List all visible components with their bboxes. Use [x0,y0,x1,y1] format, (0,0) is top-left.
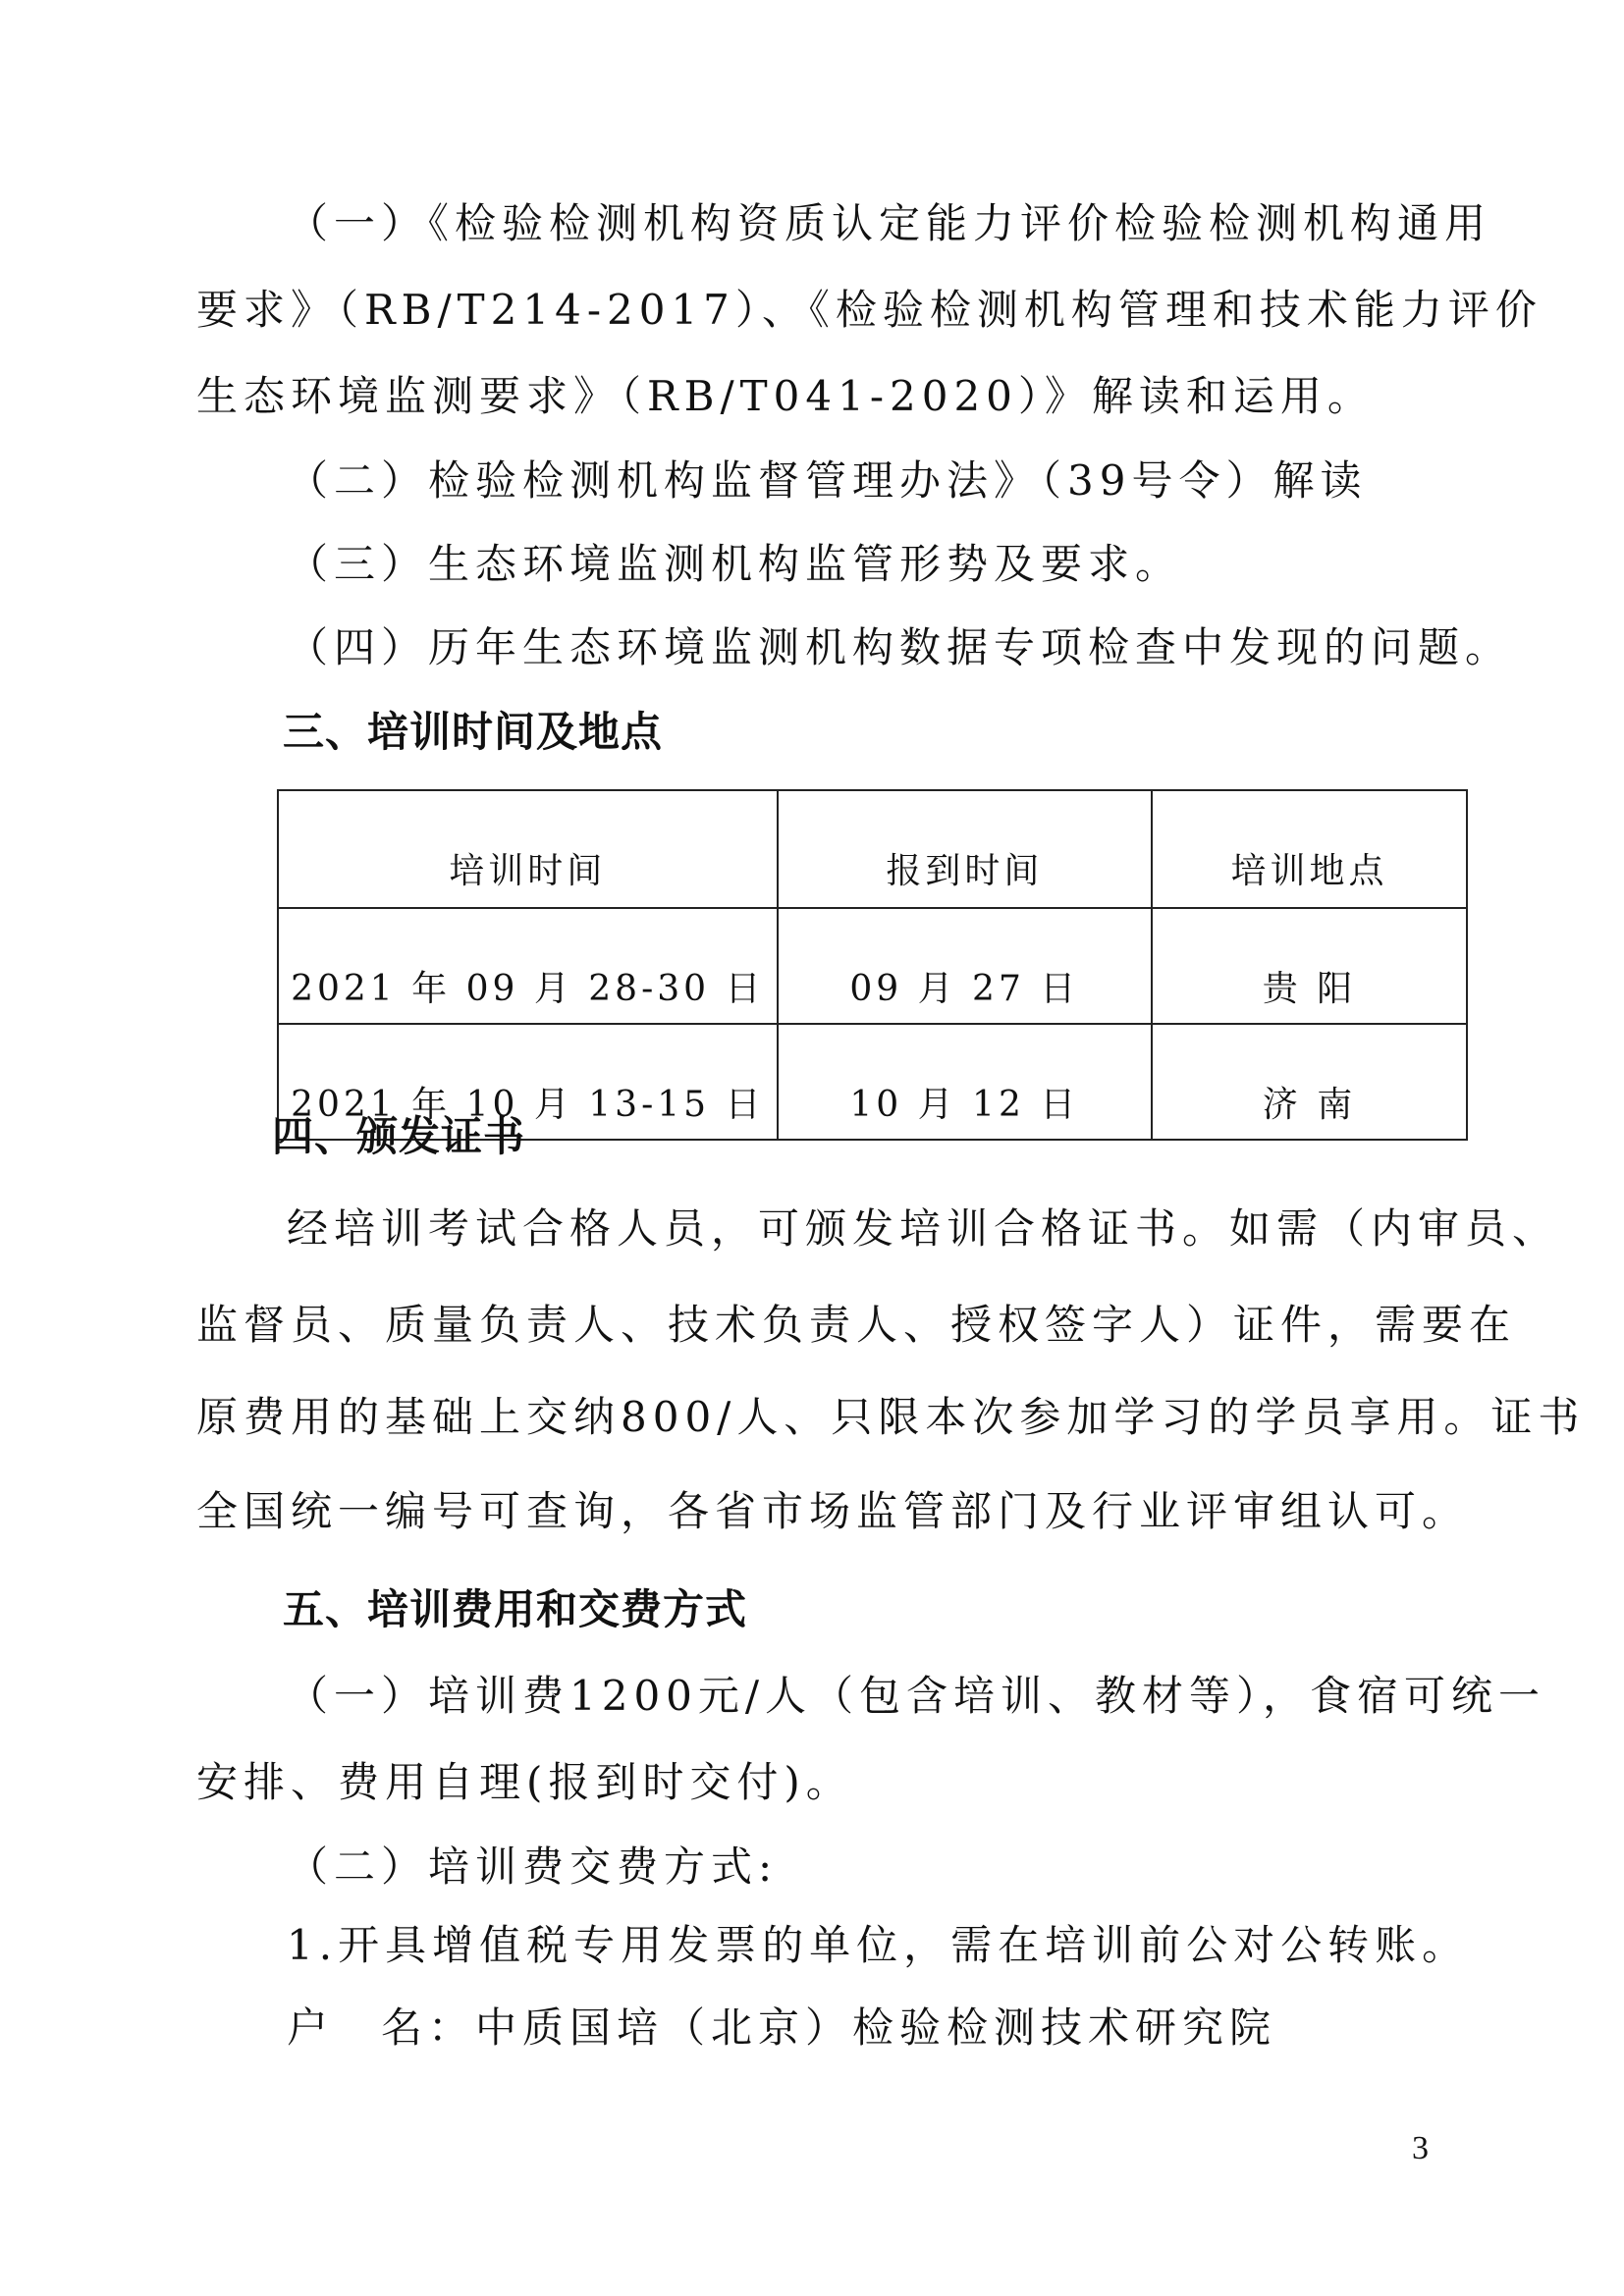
paragraph-item-1-line-3: 生态环境监测要求》（RB/T041-2020）》解读和运用。 [196,367,1375,426]
cell-location: 济 南 [1152,1024,1467,1140]
fees-line-4: 1.开具增值税专用发票的单位，需在培训前公对公转账。 [287,1916,1469,1975]
fees-line-3: （二）培训费交费方式: [287,1838,778,1896]
schedule-table: 培训时间 报到时间 培训地点 2021 年 09 月 28-30 日 09 月 … [277,789,1468,1141]
column-header-training-time: 培训时间 [278,790,778,908]
table-row: 2021 年 09 月 28-30 日 09 月 27 日 贵 阳 [278,908,1467,1024]
cell-training-time: 2021 年 09 月 28-30 日 [278,908,778,1024]
paragraph-item-3: （三）生态环境监测机构监管形势及要求。 [287,535,1182,594]
paragraph-item-2: （二）检验检测机构监督管理办法》（39号令）解读 [287,452,1367,510]
certificate-line-2: 监督员、质量负责人、技术负责人、授权签字人）证件，需要在 [196,1296,1516,1355]
section-heading-schedule: 三、培训时间及地点 [283,703,663,762]
paragraph-item-1-line-1: （一）《检验检测机构资质认定能力评价检验检测机构通用 [287,194,1491,253]
cell-location: 贵 阳 [1152,908,1467,1024]
cell-checkin-time: 09 月 27 日 [778,908,1152,1024]
page-number: 3 [1412,2130,1429,2167]
paragraph-item-4: （四）历年生态环境监测机构数据专项检查中发现的问题。 [287,618,1512,677]
fees-line-2: 安排、费用自理(报到时交付)。 [196,1753,853,1812]
certificate-line-1: 经培训考试合格人员，可颁发培训合格证书。如需（内审员、 [287,1200,1559,1258]
certificate-line-3: 原费用的基础上交纳800/人、只限本次参加学习的学员享用。证书 [196,1388,1585,1447]
section-heading-certificate: 四、颁发证书 [272,1107,525,1166]
fees-line-5: 户 名：中质国培（北京）检验检测技术研究院 [287,1999,1276,2057]
table-header-row: 培训时间 报到时间 培训地点 [278,790,1467,908]
section-heading-fees: 五、培训费用和交费方式 [283,1580,747,1639]
certificate-line-4: 全国统一编号可查询，各省市场监管部门及行业评审组认可。 [196,1482,1469,1541]
column-header-location: 培训地点 [1152,790,1467,908]
column-header-checkin-time: 报到时间 [778,790,1152,908]
fees-line-1: （一）培训费1200元/人（包含培训、教材等），食宿可统一 [287,1667,1545,1726]
paragraph-item-1-line-2: 要求》（RB/T214-2017）、《检验检测机构管理和技术能力评价 [196,281,1543,340]
cell-checkin-time: 10 月 12 日 [778,1024,1152,1140]
